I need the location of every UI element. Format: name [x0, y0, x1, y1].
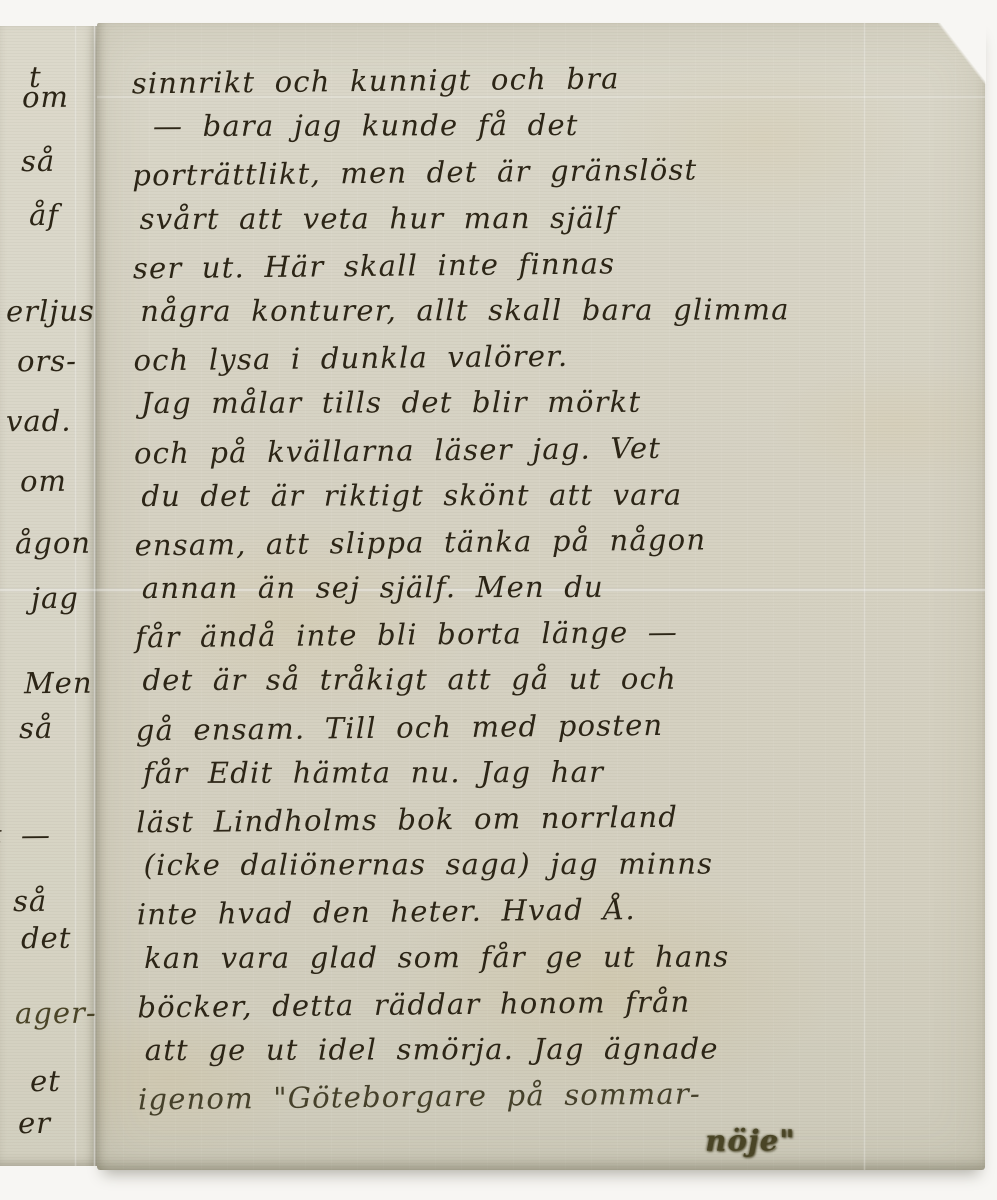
page-fragment: åf [29, 200, 59, 230]
handwritten-text: sinnrikt och kunnigt och bra — bara jag … [130, 54, 979, 1168]
handwritten-line: får ändå inte bli borta länge — [135, 607, 977, 662]
letter-page: sinnrikt och kunnigt och bra — bara jag … [97, 23, 985, 1170]
page-fragment: så [19, 713, 53, 743]
page-fragment: det [20, 923, 71, 953]
handwritten-line: igenom "Göteborgare på sommar- [138, 1069, 980, 1124]
page-fragment: ors- [17, 346, 77, 377]
page-fragment: om [22, 82, 69, 112]
page-fragment: vad. [5, 406, 71, 437]
handwritten-line-signoff: nöje" [145, 1118, 987, 1166]
handwritten-line: att ge ut idel smörja. Jag ägnade [145, 1026, 987, 1074]
handwritten-line: ser ut. Här skall inte finnas [133, 237, 975, 292]
handwritten-line: det är så tråkigt att gå ut och [142, 656, 984, 704]
handwritten-line: och lysa i dunkla valörer. [133, 330, 975, 385]
page-fragment: ager- [15, 998, 97, 1029]
page-fragment: om [20, 466, 67, 496]
page-fragment: jag [31, 583, 79, 613]
handwritten-line: några konturer, allt skall bara glimma [140, 287, 982, 335]
handwritten-line: får Edit hämta nu. Jag har [143, 749, 985, 797]
handwritten-line: gå ensam. Till och med posten [135, 699, 977, 754]
handwritten-line: annan än sej själf. Men du [142, 564, 984, 612]
handwritten-line: ensam, att slippa tänka på någon [134, 514, 976, 569]
handwritten-line: kan vara glad som får ge ut hans [144, 933, 986, 981]
handwritten-line: (icke daliönernas saga) jag minns [143, 841, 985, 889]
page-fragment: et [30, 1066, 61, 1096]
page-fragment: så [21, 146, 55, 176]
handwritten-line: porträttlikt, men det är gränslöst [132, 145, 974, 200]
page-fragment: Men [24, 668, 93, 699]
page-fragment: erljus [6, 296, 95, 327]
page-fragment: så [13, 886, 47, 916]
adjacent-page-edge: t om så åf erljus ors- vad. om ågon jag … [0, 26, 97, 1166]
handwritten-line: — bara jag kunde få det [139, 102, 981, 150]
page-fragment: ågon [15, 528, 91, 559]
handwritten-line: Jag målar tills det blir mörkt [141, 379, 983, 427]
handwritten-line: och på kvällarna läser jag. Vet [134, 422, 976, 477]
handwritten-line: sinnrikt och kunnigt och bra [132, 53, 974, 108]
handwritten-line: inte hvad den heter. Hvad Å. [137, 884, 979, 939]
handwritten-line: läst Lindholms bok om norrland [136, 792, 978, 847]
handwritten-line: du det är riktigt skönt att vara [141, 472, 983, 520]
handwritten-line: svårt att veta hur man själf [140, 194, 982, 242]
handwritten-line: böcker, detta räddar honom från [137, 976, 979, 1031]
page-fragment: er [18, 1108, 51, 1138]
page-fragment: t — [0, 820, 51, 851]
